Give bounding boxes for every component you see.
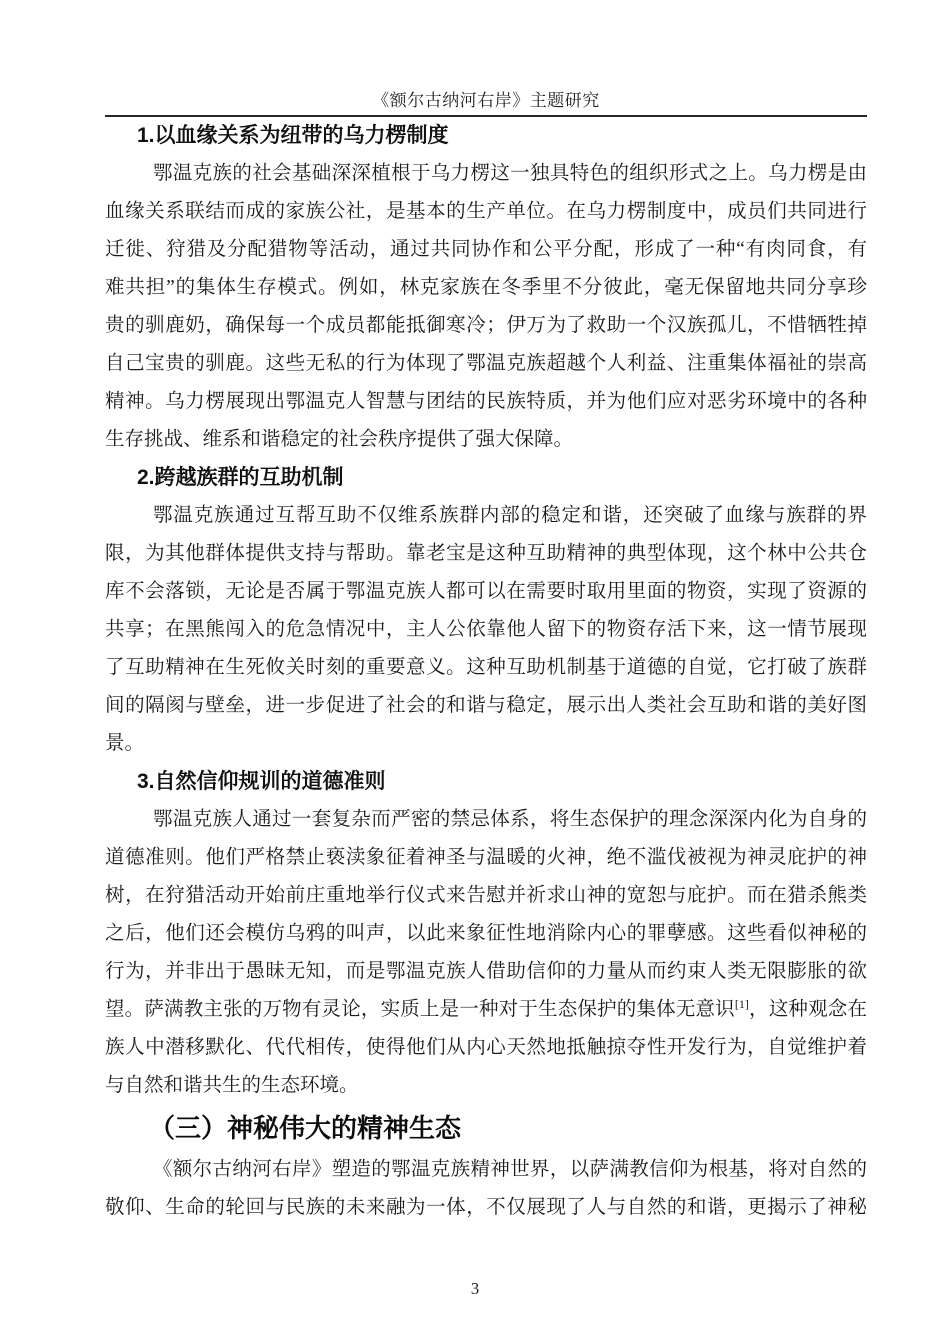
text-line: 行为，并非出于愚昧无知，而是鄂温克族人借助信仰的力量从而约束人类无限膨胀的欲	[105, 953, 867, 991]
page-content: 1.以血缘关系为纽带的乌力楞制度 鄂温克族的社会基础深深植根于乌力楞这一独具特色…	[105, 117, 867, 1227]
paragraph-3: 鄂温克族人通过一套复杂而严密的禁忌体系，将生态保护的理念深深内化为自身的道德准则…	[105, 801, 867, 1105]
text-line: 迁徙、狩猎及分配猎物等活动，通过共同协作和公平分配，形成了一种“有肉同食，有	[105, 231, 867, 269]
running-head-title: 《额尔古纳河右岸》主题研究	[105, 90, 867, 112]
text-line: 共享；在黑熊闯入的危急情况中，主人公依靠他人留下的物资存活下来，这一情节展现	[105, 611, 867, 649]
document-page: 《额尔古纳河右岸》主题研究 1.以血缘关系为纽带的乌力楞制度 鄂温克族的社会基础…	[0, 0, 950, 1344]
text-line: 道德准则。他们严格禁止亵渎象征着神圣与温暖的火神，绝不滥伐被视为神灵庇护的神	[105, 839, 867, 877]
page-number: 3	[471, 1279, 479, 1298]
text-line: 血缘关系联结而成的家族公社，是基本的生产单位。在乌力楞制度中，成员们共同进行	[105, 193, 867, 231]
page-footer: 3	[0, 1278, 950, 1300]
text-line: 难共担”的集体生存模式。例如，林克家族在冬季里不分彼此，毫无保留地共同分享珍	[105, 269, 867, 307]
text-line: 敬仰、生命的轮回与民族的未来融为一体，不仅展现了人与自然的和谐，更揭示了神秘	[105, 1189, 867, 1227]
text-line: 自己宝贵的驯鹿。这些无私的行为体现了鄂温克族超越个人利益、注重集体福祉的崇高	[105, 345, 867, 383]
text-segment: ，这种观念在	[749, 999, 867, 1020]
text-line: 库不会落锁，无论是否属于鄂温克族人都可以在需要时取用里面的物资，实现了资源的	[105, 573, 867, 611]
paragraph-2: 鄂温克族通过互帮互助不仅维系族群内部的稳定和谐，还突破了血缘与族群的界限，为其他…	[105, 497, 867, 763]
paragraph-1: 鄂温克族的社会基础深深植根于乌力楞这一独具特色的组织形式之上。乌力楞是由血缘关系…	[105, 155, 867, 459]
section-heading-1: 1.以血缘关系为纽带的乌力楞制度	[105, 117, 867, 155]
section-heading-2: 2.跨越族群的互助机制	[105, 459, 867, 497]
text-line: 《额尔古纳河右岸》塑造的鄂温克族精神世界，以萨满教信仰为根基，将对自然的	[105, 1151, 867, 1189]
text-line: 精神。乌力楞展现出鄂温克人智慧与团结的民族特质，并为他们应对恶劣环境中的各种	[105, 383, 867, 421]
text-line: 鄂温克族的社会基础深深植根于乌力楞这一独具特色的组织形式之上。乌力楞是由	[105, 155, 867, 193]
text-line: 鄂温克族人通过一套复杂而严密的禁忌体系，将生态保护的理念深深内化为自身的	[105, 801, 867, 839]
text-line: 贵的驯鹿奶，确保每一个成员都能抵御寒冷；伊万为了救助一个汉族孤儿，不惜牺牲掉	[105, 307, 867, 345]
text-line: 限，为其他群体提供支持与帮助。靠老宝是这种互助精神的典型体现，这个林中公共仓	[105, 535, 867, 573]
text-line: 景。	[105, 725, 867, 763]
text-line: 生存挑战、维系和谐稳定的社会秩序提供了强大保障。	[105, 421, 867, 459]
text-line: 与自然和谐共生的生态环境。	[105, 1067, 867, 1105]
text-line: 间的隔阂与壁垒，进一步促进了社会的和谐与稳定，展示出人类社会互助和谐的美好图	[105, 687, 867, 725]
text-line: 树，在狩猎活动开始前庄重地举行仪式来告慰并祈求山神的宽恕与庇护。而在猎杀熊类	[105, 877, 867, 915]
text-line: 鄂温克族通过互帮互助不仅维系族群内部的稳定和谐，还突破了血缘与族群的界	[105, 497, 867, 535]
text-line: 了互助精神在生死攸关时刻的重要意义。这种互助机制基于道德的自觉，它打破了族群	[105, 649, 867, 687]
running-head: 《额尔古纳河右岸》主题研究	[105, 0, 867, 117]
text-line: 族人中潜移默化、代代相传，使得他们从内心天然地抵触掠夺性开发行为，自觉维护着	[105, 1029, 867, 1067]
chapter-heading: （三）神秘伟大的精神生态	[105, 1105, 867, 1151]
footnote-ref: [1]	[735, 997, 749, 1011]
paragraph-4: 《额尔古纳河右岸》塑造的鄂温克族精神世界，以萨满教信仰为根基，将对自然的敬仰、生…	[105, 1151, 867, 1227]
text-line: 之后，他们还会模仿乌鸦的叫声，以此来象征性地消除内心的罪孽感。这些看似神秘的	[105, 915, 867, 953]
section-heading-3: 3.自然信仰规训的道德准则	[105, 763, 867, 801]
text-line: 望。萨满教主张的万物有灵论，实质上是一种对于生态保护的集体无意识[1]，这种观念…	[105, 991, 867, 1029]
text-segment: 望。萨满教主张的万物有灵论，实质上是一种对于生态保护的集体无意识	[105, 999, 735, 1020]
